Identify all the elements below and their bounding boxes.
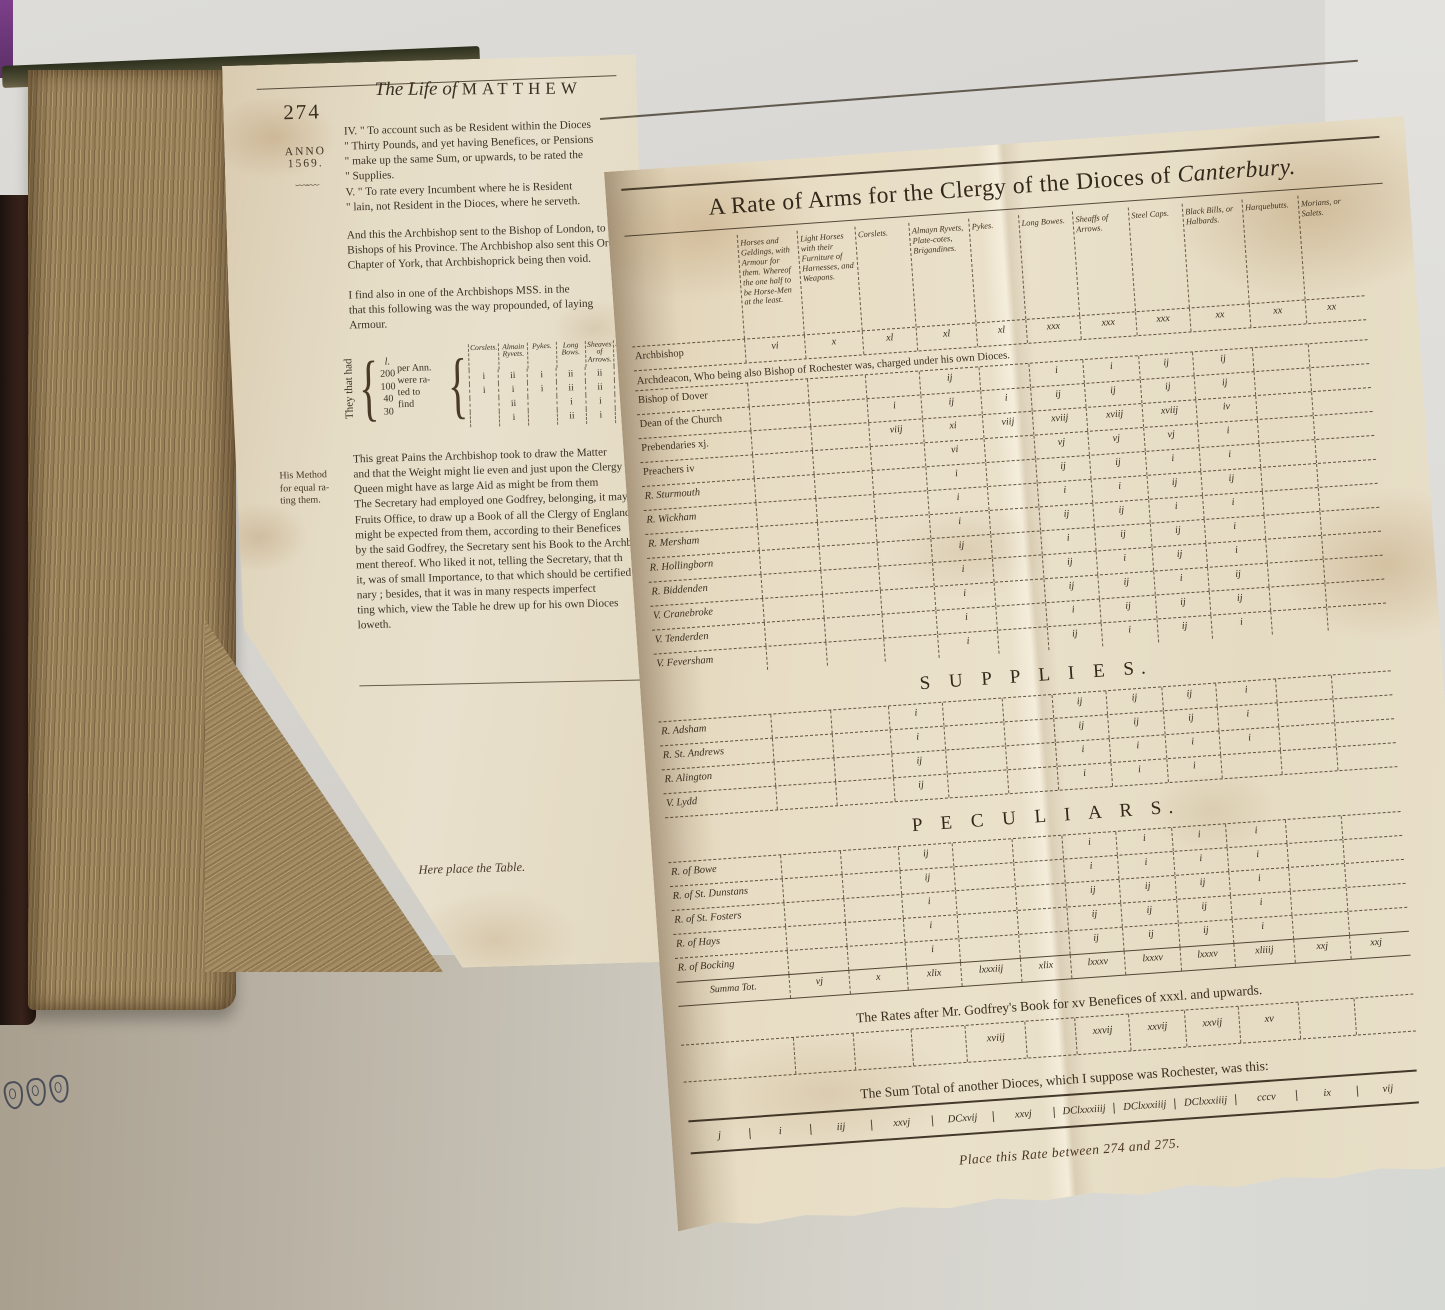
margin-note-method: His Method for equal ra- ting them. bbox=[279, 469, 346, 508]
table-cell bbox=[989, 508, 1040, 534]
table-cell bbox=[1331, 672, 1384, 699]
table-cell: i bbox=[1117, 852, 1174, 879]
table-cell bbox=[810, 423, 869, 450]
mini-side-label: They that had bbox=[342, 358, 356, 419]
table-cell: xviij bbox=[1086, 404, 1143, 431]
table-cell: i bbox=[1028, 360, 1083, 387]
table-cell bbox=[1290, 888, 1347, 915]
table-cell bbox=[1298, 999, 1356, 1039]
paragraph-sent: And this the Archbishop sent to the Bish… bbox=[347, 220, 640, 274]
mini-cell: i bbox=[527, 367, 556, 382]
sum-cell: xxvj bbox=[992, 1106, 1054, 1121]
table-cell: xx bbox=[1249, 300, 1306, 327]
table-cell bbox=[1346, 884, 1399, 911]
mini-cell bbox=[470, 412, 499, 427]
table-cell: ij bbox=[1155, 592, 1210, 619]
table-cell bbox=[1342, 836, 1395, 863]
table-cell: xliiij bbox=[1233, 940, 1294, 967]
mini-column-header: Almain Ryvets. bbox=[498, 342, 527, 369]
sum-cell: ix bbox=[1296, 1085, 1358, 1100]
table-cell bbox=[1254, 368, 1311, 395]
table-cell bbox=[1334, 720, 1387, 747]
table-cell bbox=[1260, 464, 1317, 491]
table-cell: xl bbox=[975, 320, 1026, 346]
table-cell: ij bbox=[1209, 588, 1270, 615]
table-cell: vj bbox=[1033, 432, 1088, 459]
table-cell: viij bbox=[982, 412, 1033, 438]
foldout-content: A Rate of Arms for the Clergy of the Dio… bbox=[621, 128, 1445, 1187]
table-cell bbox=[1287, 840, 1344, 867]
mini-rows: iiiiiiiiiiiiiiiiiiiiiiiiiiiiii bbox=[469, 365, 644, 427]
table-cell: ij bbox=[1119, 876, 1176, 903]
table-cell: i bbox=[1037, 480, 1092, 507]
here-place-caption: Here place the Table. bbox=[418, 860, 525, 878]
table-cell bbox=[870, 443, 925, 470]
table-cell bbox=[840, 847, 899, 874]
right-brace-glyph: { bbox=[447, 348, 469, 423]
table-cell bbox=[1324, 580, 1377, 607]
table-cell: ij bbox=[1200, 468, 1261, 495]
table-cell bbox=[1316, 460, 1369, 487]
running-title: The Life of MATTHEW bbox=[375, 77, 635, 101]
table-cell bbox=[822, 591, 881, 618]
table-cell: xxvij bbox=[1128, 1011, 1186, 1051]
table-cell bbox=[833, 754, 892, 781]
table-cell bbox=[759, 547, 820, 574]
table-cell: xx bbox=[1189, 304, 1250, 331]
table-cell bbox=[835, 778, 894, 805]
table-cell bbox=[842, 871, 901, 898]
sum-cell: i bbox=[749, 1123, 811, 1138]
table-cell bbox=[947, 770, 1008, 797]
mini-cell: ii bbox=[585, 366, 614, 381]
table-cell: i bbox=[888, 703, 943, 730]
table-cell: ij bbox=[1052, 691, 1107, 718]
table-cell: ij bbox=[1150, 520, 1205, 547]
table-cell: i bbox=[934, 583, 995, 610]
table-cell: i bbox=[929, 511, 990, 538]
table-cell bbox=[1292, 912, 1349, 939]
mini-mid-text: per Ann. were ra- ted to find bbox=[397, 362, 444, 411]
ink-stamp-mark bbox=[2, 1080, 25, 1110]
table-cell: i bbox=[1109, 735, 1166, 762]
table-cell: ij bbox=[1053, 715, 1108, 742]
table-cell bbox=[1311, 389, 1364, 416]
photo-background: 274 The Life of MATTHEW ANNO 1569. ﹏﹏ IV… bbox=[0, 0, 1445, 1310]
table-cell bbox=[754, 475, 815, 502]
section-rule bbox=[359, 679, 649, 686]
table-cell: ij bbox=[1094, 524, 1151, 551]
table-cell: ij bbox=[1192, 348, 1253, 375]
table-cell bbox=[1285, 816, 1342, 843]
table-cell: i bbox=[1110, 759, 1167, 786]
flourish-icon: ﹏﹏ bbox=[277, 169, 336, 190]
table-cell bbox=[757, 523, 818, 550]
table-cell: ij bbox=[920, 391, 981, 418]
sum-cell: j bbox=[689, 1128, 750, 1143]
table-cell: ij bbox=[1105, 687, 1162, 714]
table-cell: ij bbox=[1089, 452, 1146, 479]
table-cell bbox=[787, 947, 848, 974]
amount: 200 bbox=[380, 369, 395, 382]
table-cell: i bbox=[1219, 727, 1280, 754]
table-cell: ij bbox=[1122, 924, 1179, 951]
table-cell bbox=[1012, 836, 1063, 862]
table-cell: ij bbox=[1068, 928, 1123, 955]
table-cell bbox=[992, 555, 1043, 581]
column-header: Horses and Geldings, with Armour for the… bbox=[737, 231, 804, 339]
table-cell: i bbox=[925, 463, 986, 490]
table-cell bbox=[780, 851, 841, 878]
table-cell bbox=[994, 579, 1045, 605]
table-cell bbox=[1308, 341, 1361, 368]
table-cell: x bbox=[848, 967, 907, 994]
table-cell: xxj bbox=[1349, 932, 1402, 959]
table-cell bbox=[979, 364, 1030, 390]
running-title-caps: MATTHEW bbox=[462, 79, 582, 99]
column-header: Long Bowes. bbox=[1018, 211, 1079, 319]
column-header: Almayn Ryvets, Plate-cotes, Brigandines. bbox=[908, 219, 975, 327]
table-cell: ij bbox=[1042, 552, 1097, 579]
table-cell: xxvij bbox=[1184, 1007, 1240, 1047]
table-cell bbox=[772, 734, 833, 761]
table-cell: ij bbox=[1194, 372, 1255, 399]
table-cell: ij bbox=[1120, 900, 1177, 927]
table-cell bbox=[762, 595, 823, 622]
column-header: Morians, or Salets. bbox=[1297, 192, 1356, 299]
table-cell bbox=[1353, 995, 1407, 1035]
table-cell bbox=[952, 839, 1013, 866]
table-cell bbox=[750, 427, 811, 454]
table-cell bbox=[882, 611, 937, 638]
table-cell bbox=[955, 887, 1016, 914]
table-cell: xi bbox=[922, 415, 983, 442]
table-cell bbox=[1269, 584, 1326, 611]
table-cell: i bbox=[1173, 848, 1228, 875]
table-cell bbox=[1265, 536, 1322, 563]
table-cell bbox=[1017, 908, 1068, 934]
table-cell: vj bbox=[788, 971, 849, 998]
left-brace-glyph: { bbox=[358, 351, 380, 426]
table-cell bbox=[747, 379, 808, 406]
table-cell bbox=[775, 782, 836, 809]
table-cell: i bbox=[1228, 868, 1289, 895]
mini-column-header: Pykes. bbox=[527, 341, 556, 368]
mini-cell bbox=[528, 410, 557, 425]
amount: 30 bbox=[384, 406, 394, 419]
margin-note-anno: ANNO 1569. ﹏﹏ bbox=[276, 133, 336, 202]
table-cell bbox=[1259, 440, 1316, 467]
table-cell: i bbox=[1230, 892, 1291, 919]
table-cell: i bbox=[1115, 828, 1172, 855]
table-cell bbox=[825, 639, 884, 666]
table-cell: ij bbox=[898, 843, 953, 870]
table-cell bbox=[1336, 744, 1389, 771]
table-cell bbox=[1005, 743, 1056, 769]
table-cell: i bbox=[901, 891, 956, 918]
table-cell bbox=[812, 447, 871, 474]
table-cell: xxvij bbox=[1074, 1014, 1130, 1054]
table-cell bbox=[785, 923, 846, 950]
foldout-sheet: A Rate of Arms for the Clergy of the Dio… bbox=[604, 116, 1445, 1231]
sum-cell: xxvj bbox=[870, 1115, 932, 1130]
table-cell bbox=[911, 1026, 967, 1066]
table-cell bbox=[945, 746, 1006, 773]
table-cell: xxx bbox=[1135, 309, 1190, 336]
rate-of-arms-table: Horses and Geldings, with Armour for the… bbox=[625, 192, 1388, 678]
table-cell: lxxxv bbox=[1124, 948, 1181, 975]
table-cell: i bbox=[932, 559, 993, 586]
table-cell: ij bbox=[1065, 880, 1120, 907]
table-cell: ij bbox=[1147, 472, 1202, 499]
sum-cell: DClxxxiiij bbox=[1174, 1094, 1236, 1109]
column-header: Black Bills, or Halbards. bbox=[1182, 200, 1249, 308]
table-cell bbox=[1220, 751, 1281, 778]
table-cell: lxxxv bbox=[1180, 944, 1235, 971]
mini-cell: ii bbox=[557, 409, 586, 424]
mini-cell: i bbox=[585, 394, 614, 409]
table-cell: xl bbox=[916, 323, 977, 350]
table-cell: vj bbox=[1087, 428, 1144, 455]
table-cell: ij bbox=[893, 775, 948, 802]
table-cell bbox=[865, 372, 920, 399]
table-cell bbox=[872, 467, 927, 494]
column-header: Pykes. bbox=[968, 215, 1025, 322]
table-cell: xlix bbox=[1020, 955, 1071, 981]
table-cell: i bbox=[927, 487, 988, 514]
mini-cell bbox=[527, 396, 556, 411]
paragraph-pains: This great Pains the Archbishop took to … bbox=[353, 444, 650, 634]
table-cell bbox=[1002, 695, 1053, 721]
table-cell: ij bbox=[1161, 684, 1216, 711]
column-header: Harquebutts. bbox=[1241, 196, 1304, 304]
table-cell: xxx bbox=[1025, 316, 1080, 343]
paragraph-items: IV. " To account such as be Resident wit… bbox=[344, 116, 638, 215]
table-cell bbox=[985, 460, 1036, 486]
table-cell bbox=[820, 567, 879, 594]
table-cell: ij bbox=[1035, 456, 1090, 483]
table-cell bbox=[760, 571, 821, 598]
table-cell bbox=[1255, 392, 1312, 419]
table-cell: ij bbox=[1152, 544, 1207, 571]
paragraph-find: I find also in one of the Archbishops MS… bbox=[348, 280, 649, 334]
table-cell: ij bbox=[930, 535, 991, 562]
table-cell bbox=[1318, 484, 1371, 511]
table-cell bbox=[990, 531, 1041, 557]
table-cell bbox=[1323, 556, 1376, 583]
table-cell: i bbox=[1091, 476, 1148, 503]
table-cell bbox=[1333, 696, 1386, 723]
row-label bbox=[681, 1038, 795, 1082]
table-cell: ij bbox=[1207, 564, 1268, 591]
mini-cell bbox=[469, 397, 498, 412]
mini-cell: i bbox=[499, 411, 528, 426]
sum-cell: vij bbox=[1357, 1081, 1419, 1096]
table-cell: i bbox=[1063, 856, 1118, 883]
table-cell: ij bbox=[1092, 500, 1149, 527]
mini-column-header: Long Bows. bbox=[556, 340, 585, 367]
table-cell: ij bbox=[1163, 708, 1218, 735]
table-cell: i bbox=[1217, 703, 1278, 730]
table-cell bbox=[1344, 860, 1397, 887]
table-cell: i bbox=[937, 631, 998, 658]
table-cell bbox=[995, 603, 1046, 629]
table-cell: xviij bbox=[1141, 400, 1196, 427]
table-cell: i bbox=[1205, 540, 1266, 567]
table-cell bbox=[1347, 908, 1400, 935]
table-cell bbox=[875, 515, 930, 542]
foldout-title-place: Canterbury. bbox=[1177, 154, 1297, 188]
table-cell: i bbox=[1202, 492, 1263, 519]
mini-cell: i bbox=[469, 369, 498, 384]
table-cell bbox=[1007, 767, 1058, 793]
table-cell bbox=[853, 1030, 913, 1070]
table-cell bbox=[1288, 864, 1345, 891]
table-cell bbox=[1018, 931, 1069, 957]
table-cell: i bbox=[1061, 832, 1116, 859]
table-cell bbox=[942, 699, 1003, 726]
table-cell bbox=[944, 722, 1005, 749]
amount: 40 bbox=[383, 394, 393, 407]
table-cell: ij bbox=[1030, 384, 1085, 411]
table-cell: i bbox=[1082, 356, 1139, 383]
mini-amounts-column: l.2001004030 bbox=[380, 356, 397, 419]
table-cell bbox=[1257, 416, 1314, 443]
table-cell: ij bbox=[1157, 616, 1212, 643]
table-cell bbox=[815, 495, 874, 522]
page-number: 274 bbox=[283, 99, 321, 125]
running-title-italic: The Life of bbox=[375, 78, 457, 100]
table-cell bbox=[1313, 413, 1366, 440]
table-cell bbox=[793, 1034, 855, 1074]
table-cell: ij bbox=[1047, 623, 1102, 650]
table-cell bbox=[764, 619, 825, 646]
table-cell bbox=[845, 919, 904, 946]
table-cell bbox=[770, 711, 831, 738]
table-cell: vi bbox=[744, 335, 805, 362]
table-cell: i bbox=[866, 395, 921, 422]
table-cell bbox=[843, 895, 902, 922]
sum-cell: DClxxxiiij bbox=[1114, 1098, 1176, 1113]
table-cell bbox=[877, 539, 932, 566]
mini-cell: ii bbox=[498, 397, 527, 412]
table-cell bbox=[1003, 719, 1054, 745]
table-cell bbox=[880, 587, 935, 614]
sum-cell: DClxxxiiij bbox=[1053, 1102, 1115, 1117]
table-cell: vj bbox=[1143, 424, 1198, 451]
table-cell bbox=[1024, 1018, 1076, 1057]
page-fore-edge bbox=[28, 70, 236, 1010]
mini-column-header: Sheaves of Arrows. bbox=[584, 340, 613, 367]
table-cell bbox=[817, 519, 876, 546]
table-cell: ij bbox=[1140, 376, 1195, 403]
table-cell bbox=[1252, 344, 1309, 371]
mini-cell: i bbox=[498, 382, 527, 397]
table-cell bbox=[782, 875, 843, 902]
table-cell: ij bbox=[1138, 352, 1193, 379]
table-cell: i bbox=[1199, 444, 1260, 471]
table-cell: i bbox=[1204, 516, 1265, 543]
column-header: Light Horses with their Furniture of Har… bbox=[797, 227, 862, 335]
anno-text: ANNO 1569. bbox=[285, 145, 327, 170]
table-cell: xv bbox=[1238, 1003, 1300, 1043]
table-cell: i bbox=[1232, 916, 1293, 943]
sum-cell: DCxvij bbox=[931, 1111, 993, 1126]
table-cell bbox=[755, 499, 816, 526]
table-cell bbox=[1278, 723, 1335, 750]
table-cell bbox=[824, 615, 883, 642]
ink-stamp-mark bbox=[25, 1077, 48, 1107]
table-cell bbox=[847, 943, 906, 970]
table-cell bbox=[1262, 488, 1319, 515]
mini-cell: ii bbox=[585, 380, 614, 395]
table-cell bbox=[819, 543, 878, 570]
table-cell bbox=[957, 911, 1018, 938]
table-cell bbox=[809, 399, 868, 426]
table-cell: i bbox=[1045, 600, 1100, 627]
mini-rate-table: They that had { l.2001004030 per Ann. we… bbox=[342, 326, 645, 442]
table-cell bbox=[958, 935, 1019, 962]
table-cell bbox=[1314, 436, 1367, 463]
column-header: Sheaffs of Arrows. bbox=[1072, 208, 1135, 316]
table-cell bbox=[807, 375, 866, 402]
table-cell: ij bbox=[1043, 576, 1098, 603]
table-cell: i bbox=[1197, 420, 1258, 447]
table-cell bbox=[1326, 604, 1379, 631]
table-cell bbox=[1264, 512, 1321, 539]
table-cell bbox=[752, 451, 813, 478]
table-cell: i bbox=[1055, 739, 1110, 766]
table-cell: vi bbox=[924, 439, 985, 466]
table-cell bbox=[1341, 813, 1394, 840]
table-cell bbox=[832, 730, 891, 757]
table-cell: i bbox=[1096, 548, 1153, 575]
table-cell bbox=[1275, 676, 1332, 703]
table-cell: ij bbox=[891, 751, 946, 778]
mini-column-header: Corslets. bbox=[468, 343, 499, 370]
mini-cell: ii bbox=[498, 368, 527, 383]
sum-cell: iij bbox=[810, 1119, 872, 1134]
table-cell: ij bbox=[1099, 596, 1156, 623]
table-cell bbox=[1267, 560, 1324, 587]
table-cell bbox=[984, 436, 1035, 462]
sum-cell: cccv bbox=[1235, 1089, 1297, 1104]
table-cell bbox=[814, 471, 873, 498]
currency-label: l. bbox=[385, 356, 391, 369]
table-cell: i bbox=[1215, 679, 1276, 706]
table-cell: xxx bbox=[1079, 312, 1136, 339]
table-cell: ij bbox=[919, 367, 980, 394]
table-cell: i bbox=[935, 607, 996, 634]
table-cell: i bbox=[1145, 448, 1200, 475]
table-cell: ij bbox=[1176, 896, 1231, 923]
table-cell: xl bbox=[862, 328, 917, 355]
table-cell: xviij bbox=[1032, 408, 1087, 435]
table-cell: i bbox=[1227, 844, 1288, 871]
corner-cell bbox=[625, 235, 744, 347]
table-cell: i bbox=[1101, 620, 1158, 647]
table-cell: i bbox=[1165, 731, 1220, 758]
table-cell bbox=[953, 863, 1014, 890]
table-cell: i bbox=[1171, 824, 1226, 851]
column-header: Corslets. bbox=[854, 223, 915, 331]
table-cell bbox=[1321, 532, 1374, 559]
table-cell: i bbox=[1040, 528, 1095, 555]
table-cell bbox=[1270, 608, 1327, 635]
table-cell: lxxxiij bbox=[960, 959, 1021, 986]
table-cell: x bbox=[804, 331, 863, 358]
table-cell: i bbox=[905, 939, 960, 966]
